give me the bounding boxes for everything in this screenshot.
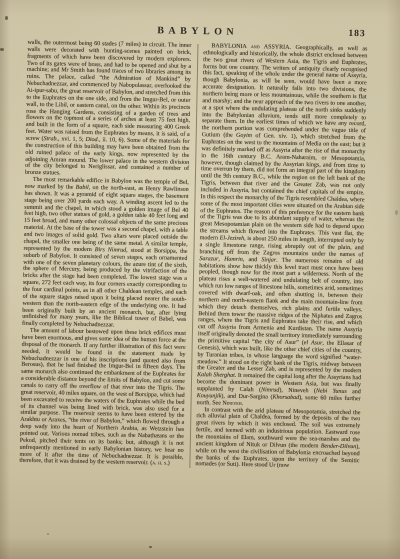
text-segment: Diod. (85, 137, 99, 143)
text-segment: , stood at Borsippa, the suburb of Babyl… (22, 247, 188, 328)
text-segment: Strab. (43, 136, 58, 142)
text-segment: Kouyunjik (197, 393, 222, 399)
text-segment: Kalah Sherghat (197, 372, 235, 379)
text-segment: , the Ellasar of Genesis), which was bui… (197, 340, 362, 374)
paper-speck (5, 16, 8, 20)
text-segment: ASSYRIA. Geographically, as well as ethn… (202, 44, 368, 139)
left-column: walls, the outermost being 60 stades (7 … (19, 40, 191, 468)
paragraph: walls, the outermost being 60 stades (7 … (25, 40, 192, 180)
text-segment: BABYLONIA (211, 43, 251, 50)
paper-speck (395, 210, 398, 215)
text-segment: Hamrin (224, 256, 243, 262)
text-segment: , xvi. 1, 5; (58, 136, 86, 143)
text-segment: Nineveh (222, 400, 241, 406)
text-segment: Nimrud (261, 387, 279, 393)
book-page: BABYLON 183 walls, the outermost being 6… (0, 0, 400, 559)
text-segment: el Asur (304, 340, 323, 346)
text-segment: The amount of labour bestowed upon these… (19, 328, 186, 467)
paper-speck (47, 533, 49, 535)
text-segment: of Gen. xiv. 1), which stretched from th… (200, 133, 366, 241)
right-column: BABYLONIA and ASSYRIA. Geographically, a… (195, 43, 367, 471)
text-segment: Babil (76, 185, 89, 191)
running-head: BABYLON 183 (28, 23, 368, 43)
text-columns: walls, the outermost being 60 stades (7 … (19, 40, 367, 472)
text-segment: walls, the outermost being 60 stades (7 … (26, 40, 192, 142)
paper-speck (0, 48, 4, 51)
text-segment: (a. h. s.) (150, 461, 170, 467)
text-segment: . The numerous remains of old habitation… (198, 257, 364, 346)
page-header-title: BABYLON (28, 23, 368, 41)
paper-speck (149, 546, 152, 548)
text-segment: , on the north-east, as Henry Rawlinson … (23, 185, 188, 253)
text-segment: ), Nineveh ( (279, 388, 316, 395)
text-segment: ), and Dur-Sargina ( (221, 393, 272, 400)
text-segment: , ii. 10, 6). Some of the materials for … (25, 137, 190, 177)
paragraph: The most remarkable edifice in Babylon w… (22, 177, 189, 331)
text-segment: El-Jezireh (220, 236, 245, 242)
paragraph: BABYLONIA and ASSYRIA. Geographically, a… (197, 43, 368, 410)
text-segment: . (242, 401, 244, 407)
text-segment: Nebi Yunus (316, 388, 347, 395)
text-segment: Bender-Dilvun (321, 443, 357, 450)
text-segment: and (251, 44, 260, 50)
text-segment: , and (243, 257, 262, 263)
text-segment: and (347, 389, 361, 395)
text-segment: Sarazur (199, 256, 218, 262)
text-segment: Sinjar (261, 257, 276, 263)
text-segment: Goyim (236, 133, 252, 139)
text-segment: Khorsabad (272, 394, 299, 401)
page-number: 183 (348, 29, 365, 39)
paragraph: In contrast with the arid plateau of Mes… (195, 407, 360, 472)
text-segment: Birs Nimrud (95, 247, 126, 254)
paragraph: The amount of labour bestowed upon these… (19, 328, 186, 468)
page-content: BABYLON 183 walls, the outermost being 6… (19, 23, 367, 472)
